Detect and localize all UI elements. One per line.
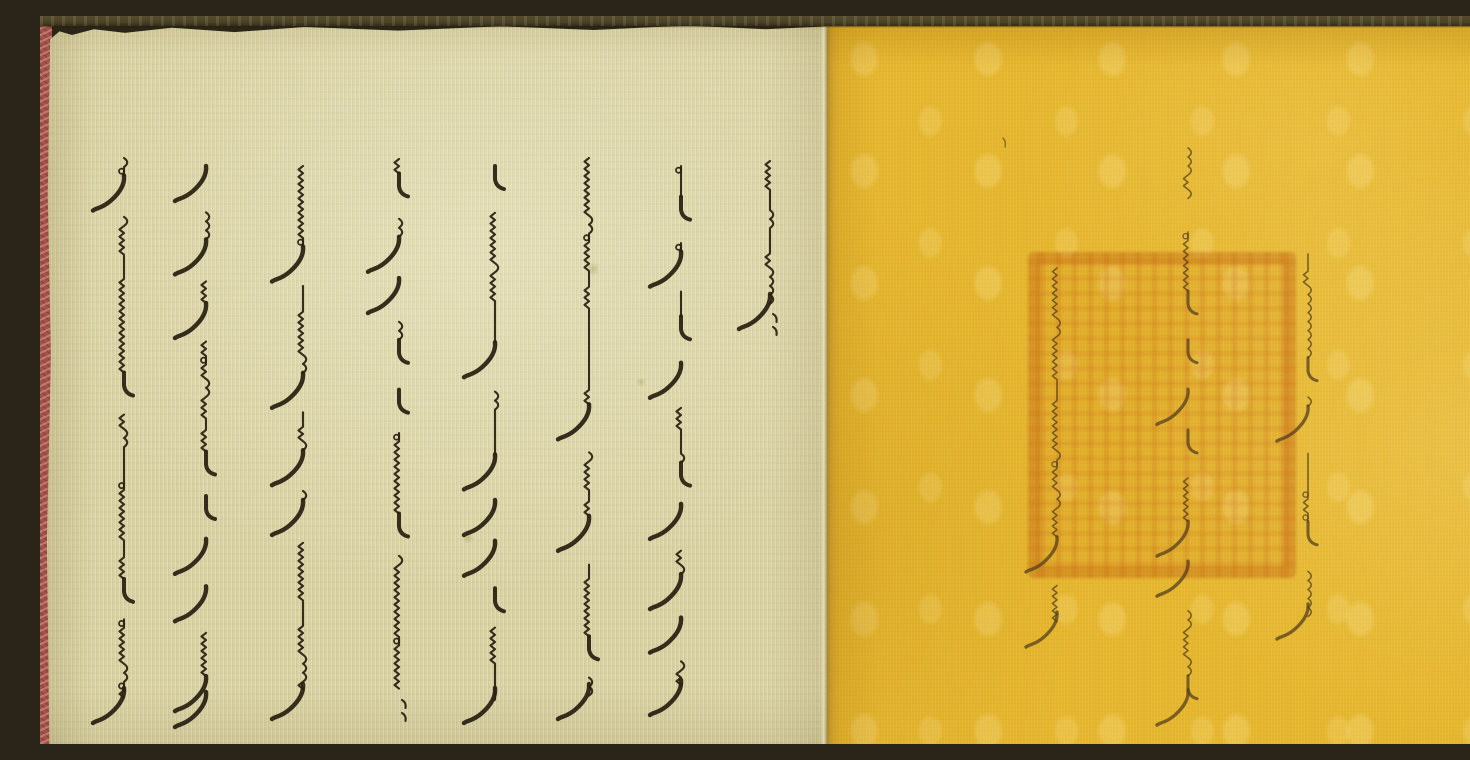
scroll-photograph [40,16,1470,744]
scroll-top-edge [40,16,1470,26]
panel-seam [820,21,840,744]
vermilion-seal-imprint [1028,252,1296,578]
paper-panel [47,22,828,744]
stain-spot [636,377,646,387]
stain-spot [586,262,600,276]
stain-spot [462,532,474,544]
